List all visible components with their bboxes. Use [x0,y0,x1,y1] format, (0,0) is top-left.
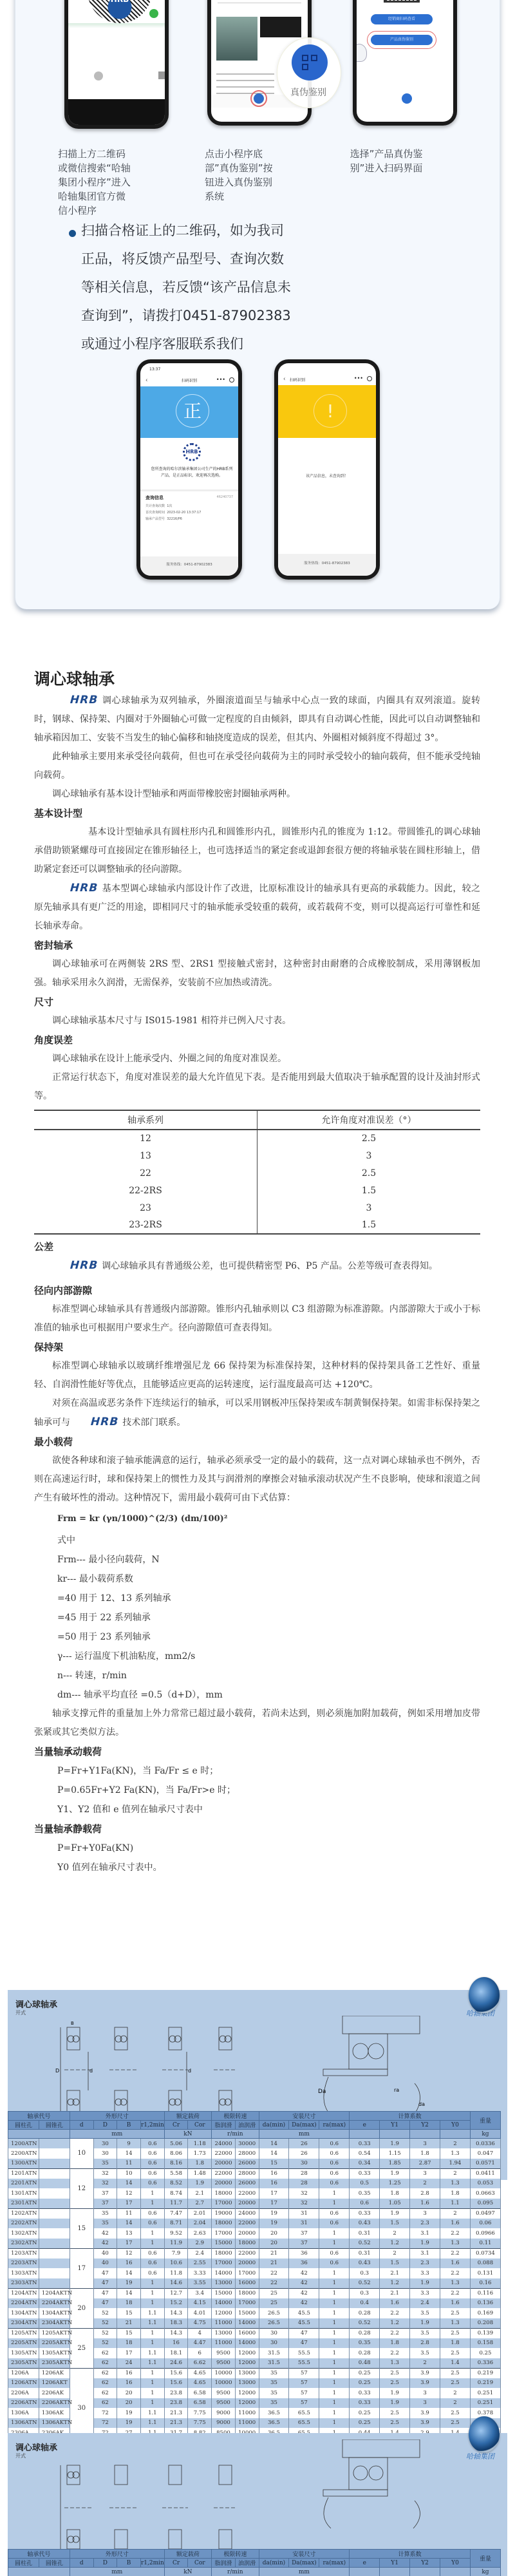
bearing-code-cell: 1300ATN [8,2159,39,2169]
spec-cell: 14 [259,2148,289,2159]
bearing-code-cell: 1301ATN [8,2188,39,2199]
spec-cell: 1.2 [380,2278,410,2289]
body-paragraph: 基本设计型轴承具有圆柱形内孔和圆锥形内孔，圆锥形内孔的锥度为 1:12。带圆锥孔… [34,823,480,879]
spec-cell: 57 [289,2388,319,2398]
info-row: 首次查询时间 2023-02-20 13:37:17 [145,510,236,515]
spec-cell: 0.06 [470,2219,500,2229]
spec-cell: 1 [140,2288,164,2298]
formula-line: Y1、Y2 值和 e 值列在轴承尺寸表中 [34,1800,480,1819]
spec-cell: 3.9 [410,2378,440,2389]
spec-cell: 0.25 [350,2368,380,2378]
svg-text:da: da [418,2101,425,2107]
spec-cell: 16 [117,2259,141,2269]
news-section [216,68,274,94]
spec-cell: 26000 [235,2159,259,2169]
spec-cell: 32 [93,2168,117,2179]
spec-cell: 12000 [235,2388,259,2398]
qr-brand-label: HRB [107,0,133,4]
settings-icon[interactable] [367,376,372,381]
spec-cell: 0.208 [470,2318,500,2329]
spec-cell: 1 [319,2239,350,2249]
spec-cell: 2.8 [410,2338,440,2349]
album-button-icon[interactable] [158,71,165,79]
spec-cell: 15 [117,2308,141,2318]
spec-cell: 2.4 [410,2298,440,2309]
spec-cell: 0.33 [350,2139,380,2149]
spec-cell: 0.6 [140,2268,164,2278]
spec-cell: 11 [117,2208,141,2219]
spec-cell: 35 [93,2208,117,2219]
spec-cell: 62 [93,2368,117,2378]
spec-cell: 17 [117,2348,141,2358]
bore-diameter-cell: 25 [70,2328,93,2368]
spec-cell: 1.9 [410,2318,440,2329]
bearing-code-cell: 2204AKTN [39,2298,70,2309]
spec-cell: 11.9 [164,2239,188,2249]
spec-cell: 2.8 [410,2188,440,2199]
scan-button-icon[interactable] [94,71,103,80]
qr-scan-icon [292,44,328,80]
bearing-code-cell: 2202ATN [8,2219,39,2229]
spec-cell: 1.73 [188,2148,212,2159]
spec-cell: 14000 [235,2338,259,2349]
svg-text:Da: Da [318,2088,326,2095]
spec-cell: 0.31 [350,2228,380,2239]
status-time: 13:37 [149,367,160,372]
spec-cell: 2 [440,2388,471,2398]
spec-cell: 18000 [235,2239,259,2249]
spec-cell: 12 [117,2188,141,2199]
spec-cell: 72 [93,2408,117,2418]
bearing-code-cell: 1306ATN [8,2418,39,2429]
spec-cell: 26000 [235,2179,259,2189]
hrb-globe-logo [469,2416,500,2452]
sheet-subtitle: 开式 [15,2452,26,2459]
spec-cell: 4.01 [188,2308,212,2318]
spec-cell: 28000 [235,2148,259,2159]
verification-note: 扫描合格证上的二维码，如为我司正品，将反馈产品型号、查询次数等相关信息，若反馈“… [81,216,294,358]
spec-table-body: 1200ATN103090.65.061.18240003000014260.6… [8,2139,501,2458]
spec-cell: 2.3 [410,2219,440,2229]
section-heading: 角度误差 [34,1030,480,1050]
spec-cell: 28000 [235,2168,259,2179]
spec-cell: 1.6 [440,2298,471,2309]
spec-cell: 2.2 [380,2328,410,2338]
spec-cell: 1.1 [440,2199,471,2209]
spec-cell: 0.6 [140,2148,164,2159]
info-row: 共计查询次数 1次 [145,504,236,508]
spec-cell: 47 [93,2288,117,2298]
spec-cell: 2.2 [440,2268,471,2278]
table-row: 22-2RS1.5 [34,1182,480,1199]
spec-cell: 1 [319,2278,350,2289]
step3-phone: 经销商扫码查看 产品真伪鉴别 [353,0,457,126]
spec-cell: 12000 [212,2308,236,2318]
body-paragraph: 标准型调心球轴承具有普通级内部游隙。锥形内孔轴承则以 C3 组游隙为标准游隙。内… [34,1300,480,1338]
spec-cell: 1.3 [440,2148,471,2159]
spec-cell: 47 [289,2328,319,2338]
spec-cell: 30000 [235,2139,259,2149]
hrb-logo: HRB [72,1413,119,1432]
table-row: 222.5 [34,1164,480,1182]
spec-cell: 0.25 [470,2348,500,2358]
hrb-logo: HRB [51,879,98,898]
spec-cell: 35 [259,2388,289,2398]
bearing-code-cell: 2302ATN [8,2239,39,2249]
spec-cell: 1 [319,2188,350,2199]
spec-cell: 1.1 [140,2348,164,2358]
spec-cell: 0.5 [350,2179,380,2189]
spec-cell: 1.8 [410,2148,440,2159]
spec-cell: 0.25 [350,2378,380,2389]
spec-cell: 0.33 [350,2398,380,2409]
spec-row: 1204ATN1204AKTN204714112.73.415000180002… [8,2288,501,2298]
spec-cell: 26.5 [259,2318,289,2329]
header-group: 安装尺寸 [259,2112,350,2121]
spec-cell: 35 [93,2159,117,2169]
bearing-code-cell: 2205ATN [8,2338,39,2349]
spec-cell: 1.25 [380,2179,410,2189]
spec-cell: 0.6 [140,2208,164,2219]
more-icon[interactable]: ••• [354,375,363,381]
spec-cell: 18 [117,2338,141,2349]
spec-cell: 0.6 [319,2248,350,2259]
settings-icon[interactable] [229,377,234,383]
spec-cell: 0.169 [470,2308,500,2318]
spec-cell: 1.5 [380,2219,410,2229]
spec-cell: 18000 [212,2248,236,2259]
spec-cell: 1 [140,2338,164,2349]
spec-cell: 21.3 [164,2408,188,2418]
header-group: 额定载荷 [164,2112,211,2121]
formula-line: n--- 转速，r/min [34,1666,480,1685]
bearing-code-cell [39,2159,70,2169]
back-icon[interactable]: ‹ [283,376,286,383]
spec-cell: 3.5 [410,2308,440,2318]
spec-cell: 42 [289,2278,319,2289]
spec-cell: 8.74 [164,2188,188,2199]
spec-cell: 14000 [235,2318,259,2329]
spec-cell: 0.33 [350,2388,380,2398]
spec-cell: 35 [259,2368,289,2378]
bearing-code-cell: 1201ATN [8,2168,39,2179]
spec-cell: 15.6 [164,2368,188,2378]
spec-cell: 32 [289,2188,319,2199]
formula-line: P=Fr+Y1Fa(KN)，当 Fa/Fr ≤ e 时； [34,1761,480,1781]
spec-cell: 37 [289,2239,319,2249]
spec-cell: 19 [259,2208,289,2219]
spec-cell: 11.7 [164,2199,188,2209]
spec-cell: 10000 [212,2378,236,2389]
spec-cell: 0.28 [350,2328,380,2338]
table-row: 233 [34,1199,480,1217]
bearing-code-cell: 2304AKTN [39,2318,70,2329]
info-row: 轴承产品型号 32216/P6 [145,516,236,521]
mini-program-icon [149,9,158,18]
hrb-logo: HRB [51,1256,98,1275]
section-heading: 基本设计型 [34,804,480,823]
section-heading: 密封轴承 [34,936,480,955]
spec-cell: 62 [93,2348,117,2358]
spec-cell: 1.3 [380,2358,410,2369]
step1-caption: 扫描上方二维码或微信搜索“哈轴集团小程序”进入哈轴集团官方微信小程序 [58,147,134,218]
spec-cell: 2.3 [410,2259,440,2269]
spec-cell: 21 [259,2259,289,2269]
bearing-code-cell [39,2248,70,2259]
spec-cell: 25 [259,2298,289,2309]
spec-cell: 1 [319,2388,350,2398]
spec-cell: 2.5 [440,2418,471,2429]
spec-cell: 1.8 [380,2338,410,2349]
spec-cell: 2.55 [188,2259,212,2269]
spec-cell: 0.31 [350,2248,380,2259]
spec-cell: 3.5 [410,2328,440,2338]
spec-cell: 36 [289,2248,319,2259]
spec-cell: 21.3 [164,2418,188,2429]
spec-cell: 14 [117,2268,141,2278]
spec-cell: 31.5 [259,2358,289,2369]
spec-cell: 1.05 [380,2199,410,2209]
bearing-code-cell: 1303ATN [8,2268,39,2278]
bearing-code-cell [39,2208,70,2219]
spec-cell: 0.158 [470,2338,500,2349]
spec-cell: 0.0336 [470,2139,500,2149]
info-code: 46240737 [217,495,233,499]
spec-cell: 47 [93,2268,117,2278]
bearing-code-cell: 1202ATN [8,2208,39,2219]
spec-cell: 1 [319,2358,350,2369]
spec-cell: 1 [140,2188,164,2199]
formula-line: P=Fr+Y0Fa(KN) [34,1839,480,1858]
spec-cell: 1 [319,2318,350,2329]
spec-cell: 7.47 [164,2208,188,2219]
spec-cell: 2.9 [188,2239,212,2249]
spec-cell: 0.35 [350,2338,380,2349]
spec-cell: 22000 [235,2188,259,2199]
spec-cell: 62 [93,2358,117,2369]
bearing-code-cell: 1305AKTN [39,2348,70,2358]
bearing-code-cell: 2203ATN [8,2259,39,2269]
genuine-badge: 正 [176,394,209,428]
spec-cell: 1.2 [380,2239,410,2249]
spec-cell: 3.33 [188,2268,212,2278]
spec-cell: 3.4 [188,2288,212,2298]
spec-cell: 22 [259,2278,289,2289]
spec-cell: 0.52 [350,2239,380,2249]
spec-cell: 0.6 [140,2248,164,2259]
spec-cell: 42 [289,2268,319,2278]
bearing-code-cell: 1203ATN [8,2248,39,2259]
spec-cell: 0.34 [350,2159,380,2169]
spec-cell: 20 [259,2239,289,2249]
bearing-code-cell: 1304ATN [8,2308,39,2318]
spec-cell: 14000 [212,2268,236,2278]
spec-cell: 3.9 [410,2418,440,2429]
spec-cell: 45.5 [289,2318,319,2329]
spec-cell: 45.5 [289,2308,319,2318]
spec-cell: 1 [140,2368,164,2378]
spec-cell: 2.5 [380,2378,410,2389]
spec-cell: 16000 [235,2278,259,2289]
bearing-code-cell [39,2179,70,2189]
spec-cell: 14.3 [164,2328,188,2338]
spec-cell: 2 [380,2248,410,2259]
spec-table: 轴承代号 外形尺寸 额定载荷 极限转速 安装尺寸 计算系数 重量 圆柱孔 圆锥孔… [8,2111,501,2458]
spec-cell: 52 [93,2328,117,2338]
bearing-code-cell: 1302ATN [8,2228,39,2239]
spec-cell: 0.25 [350,2418,380,2429]
spec-cell: 0.6 [319,2259,350,2269]
spec-cell: 0.28 [350,2348,380,2358]
spec-cell: 0.28 [350,2308,380,2318]
spec-cell: 28 [289,2179,319,2189]
svg-text:D: D [55,2068,59,2074]
sheet-brand: 哈轴集团 [466,2451,494,2461]
spec-cell: 1 [140,2398,164,2409]
dealer-scan-button[interactable]: 经销商扫码查看 [371,14,433,24]
spec-cell: 0.6 [319,2168,350,2179]
spec-cell: 2.87 [410,2159,440,2169]
spec-cell: 1.6 [440,2219,471,2229]
spec-cell: 9000 [212,2418,236,2429]
spec-cell: 15000 [212,2239,236,2249]
spec-cell: 10.6 [164,2259,188,2269]
more-icon[interactable]: ••• [216,377,225,383]
spec-cell: 1 [140,2199,164,2209]
spec-cell: 6.62 [188,2358,212,2369]
spec-cell: 2.5 [440,2378,471,2389]
spec-cell: 1.15 [380,2148,410,2159]
spec-cell: 11.8 [164,2268,188,2278]
spec-cell: 0.11 [470,2239,500,2249]
spec-cell: 17 [259,2199,289,2209]
bearing-code-cell [39,2239,70,2249]
spec-cell: 1.9 [380,2208,410,2219]
spec-cell: 1.3 [440,2179,471,2189]
spec-cell: 30 [259,2328,289,2338]
genuine-result-phone: 13:37 ‹ 扫码识别 ••• 正 HRB 您所查询的哈尔滨轴承集团公司生产的… [136,359,242,580]
spec-cell: 0.52 [350,2318,380,2329]
spec-cell: 20000 [235,2199,259,2209]
spec-cell: 47 [93,2278,117,2289]
spec-cell: 0.54 [350,2148,380,2159]
article: 调心球轴承 HRB调心球轴承为双列轴承，外圈滚道面呈与轴承中心点一致的球面，内圈… [34,667,480,1877]
spec-cell: 9000 [212,2408,236,2418]
hrb-logo: HRB [51,691,98,710]
formula-line: =40 用于 12、13 系列轴承 [34,1589,480,1608]
spec-cell: 8.52 [164,2179,188,2189]
spec-cell: 0.131 [470,2268,500,2278]
bearing-code-cell: 2206AKTN [39,2398,70,2409]
spec-cell: 62 [93,2378,117,2389]
spec-cell: 52 [93,2318,117,2329]
spec-cell: 0.0497 [470,2208,500,2219]
spec-row: 1200ATN103090.65.061.18240003000014260.6… [8,2139,501,2149]
spec-cell: 6.58 [188,2388,212,2398]
spec-cell: 0.6 [319,2159,350,2169]
spec-cell: 1.3 [440,2318,471,2329]
spec-cell: 20000 [235,2228,259,2239]
spec-cell: 0.6 [319,2148,350,2159]
spec-cell: 13 [117,2228,141,2239]
spec-cell: 42 [93,2228,117,2239]
spec-cell: 22000 [235,2219,259,2229]
spec-cell: 2 [440,2168,471,2179]
table-header: 允许角度对准误差（°） [257,1110,481,1130]
spec-cell: 6 [188,2348,212,2358]
header-group: 轴承代号 [8,2112,70,2121]
section-heading: 径向内部游隙 [34,1281,480,1300]
spec-cell: 16 [259,2168,289,2179]
spec-cell: 2 [410,2358,440,2369]
spec-cell: 16 [117,2368,141,2378]
spec-cell: 1 [319,2199,350,2209]
intro-paragraph: 调心球轴承有基本设计型轴承和两面带橡胶密封圈轴承两种。 [34,785,480,804]
spec-cell: 24.6 [164,2358,188,2369]
spec-cell: 47 [289,2338,319,2349]
spec-cell: 0.0966 [470,2228,500,2239]
bearing-code-cell: 1206AKT [39,2378,70,2389]
warning-badge: ! [314,394,347,428]
hotline-bar: 服务热线：0451-87902383 [140,556,238,576]
spec-cell: 0.6 [140,2159,164,2169]
spec-cell: 17000 [235,2268,259,2278]
spec-cell: 14 [117,2148,141,2159]
body-paragraph: HRB调心球轴承具有普通级公差，也可提供精密型 P6、P5 产品。公差等级可查表… [34,1256,480,1276]
section-heading: 保持架 [34,1338,480,1357]
not-found-message: 该产品信息，未查询到！ [278,473,376,478]
table-row: 23-2RS1.5 [34,1217,480,1234]
spec-cell: 2 [440,2398,471,2409]
product-verify-button[interactable]: 产品真伪鉴别 [371,35,433,45]
spec-cell: 1.48 [188,2168,212,2179]
magnifier-callout: 真伪鉴别 [277,37,341,108]
section-heading: 当量轴承静载荷 [34,1819,480,1839]
spec-cell: 1.18 [188,2139,212,2149]
tab-center-button[interactable] [402,93,412,104]
spec-cell: 16 [164,2338,188,2349]
spec-cell: 36 [289,2259,319,2269]
formula-line: =50 用于 23 系列轴承 [34,1627,480,1647]
spec-cell: 65.5 [289,2408,319,2418]
bearing-code-cell: 2305AKTN [39,2358,70,2369]
spec-cell: 11000 [212,2338,236,2349]
bearing-code-cell [39,2259,70,2269]
spec-cell: 15 [117,2328,141,2338]
spec-cell: 16 [117,2378,141,2389]
section-heading: 当量轴承动载荷 [34,1742,480,1761]
verify-tab-button[interactable] [254,93,264,104]
spec-cell: 1.8 [440,2188,471,2199]
bearing-code-cell: 1206ATN [8,2378,39,2389]
spec-cell: 1 [319,2228,350,2239]
spec-cell: 0.0571 [470,2159,500,2169]
min-load-formula: Frm = kr (γn/1000)^(2/3) (dm/100)² [34,1508,480,1531]
spec-cell: 26 [289,2148,319,2159]
spec-cell: 9500 [212,2348,236,2358]
spec-cell: 1 [140,2378,164,2389]
body-paragraph: 标准型调心球轴承以玻璃纤维增强尼龙 66 保持架为标准保持架，这种材料的保持架具… [34,1357,480,1394]
spec-cell: 18000 [235,2288,259,2298]
spec-cell: 15.6 [164,2378,188,2389]
spec-cell: 0.139 [470,2328,500,2338]
bearing-code-cell [39,2199,70,2209]
spec-cell: 3.55 [188,2278,212,2289]
spec-cell: 12000 [235,2398,259,2409]
spec-cell: 1 [140,2388,164,2398]
spec-cell: 7.9 [164,2248,188,2259]
spec-cell: 1.1 [140,2418,164,2429]
